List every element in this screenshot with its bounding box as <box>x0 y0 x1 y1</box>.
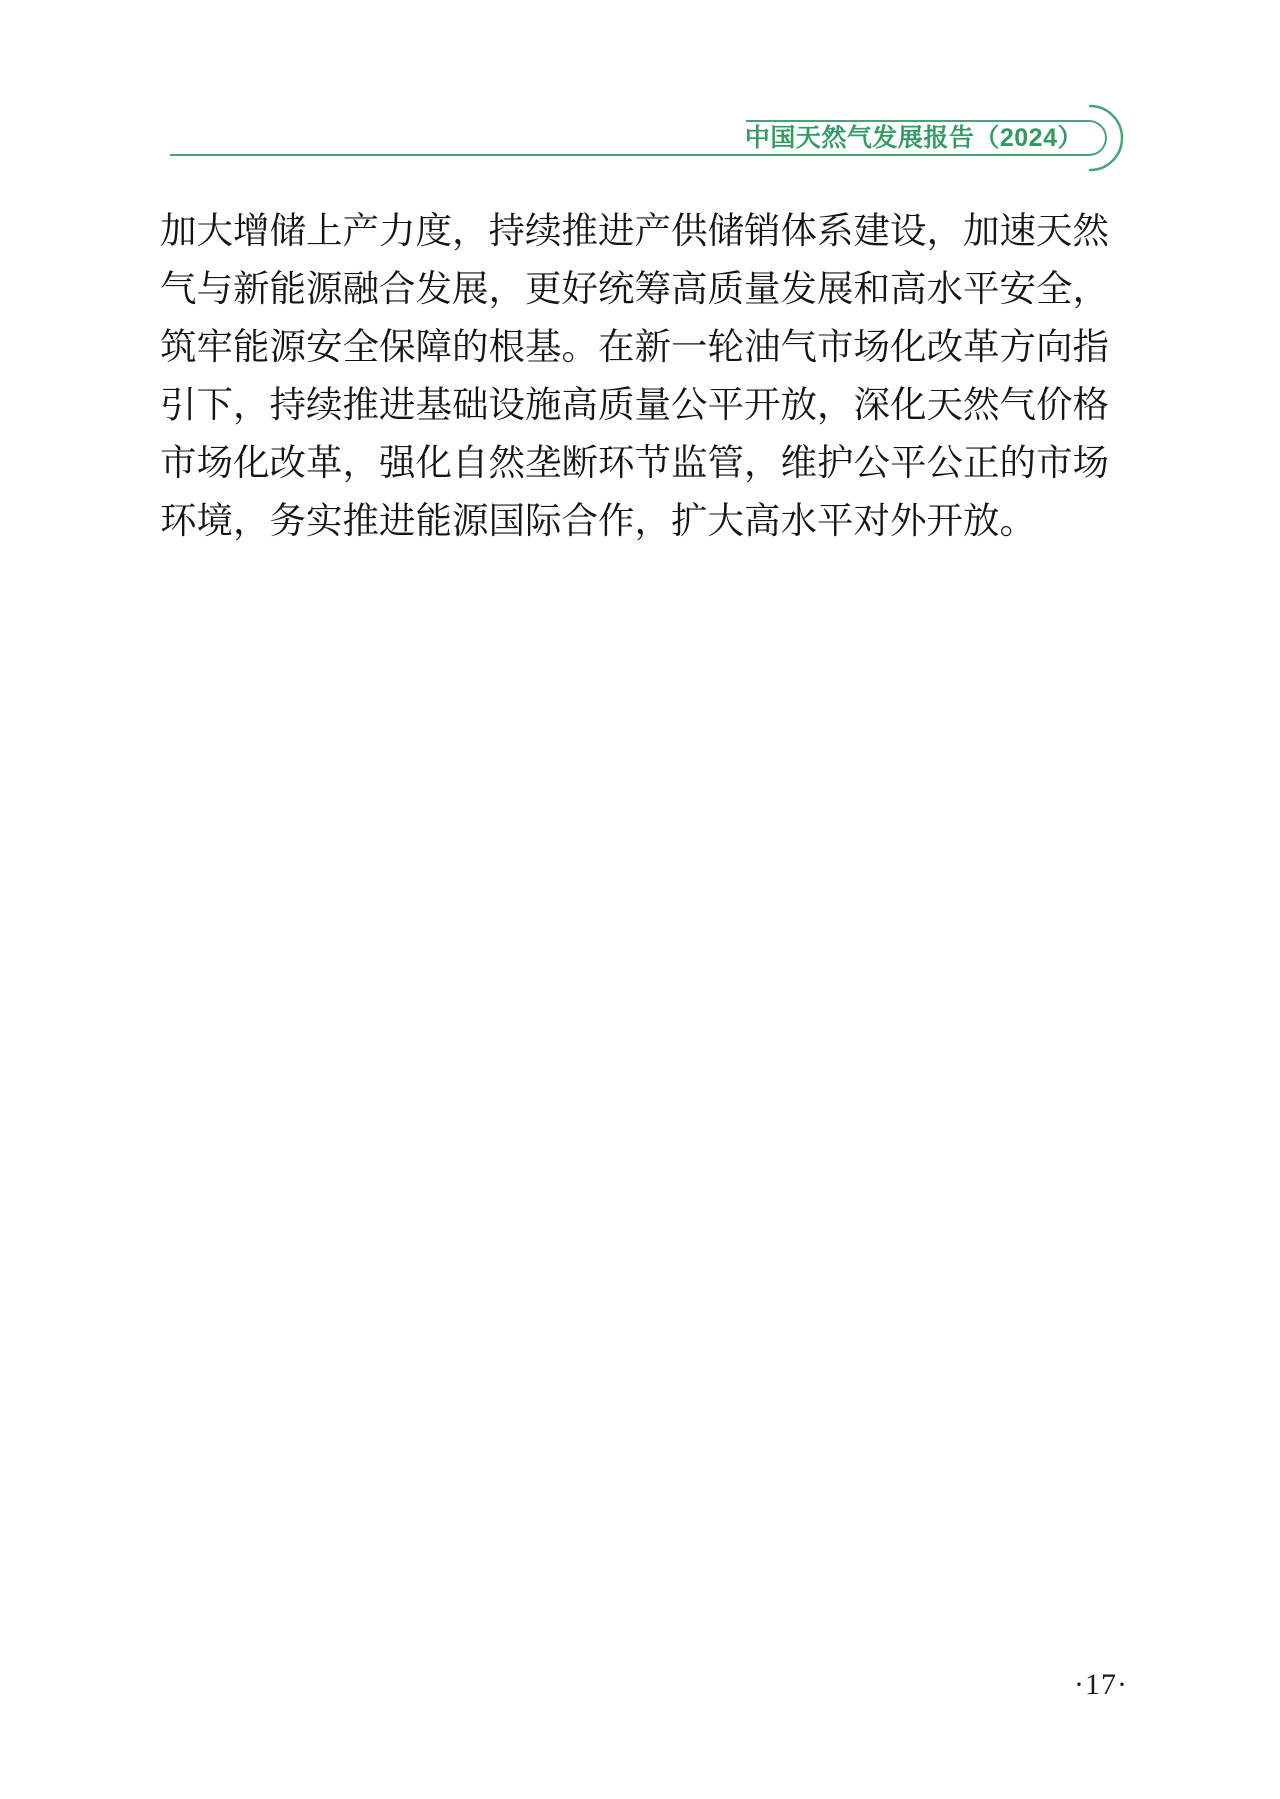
body-line: 引下，持续推进基础设施高质量公平开放，深化天然气价格 <box>160 376 1114 434</box>
document-page: 中国天然气发展报告（2024） 加大增储上产力度，持续推进产供储销体系建设，加速… <box>0 0 1280 1799</box>
header-rule-line <box>170 154 750 156</box>
page-header: 中国天然气发展报告（2024） <box>0 0 1280 180</box>
body-paragraph: 加大增储上产力度，持续推进产供储销体系建设，加速天然 气与新能源融合发展，更好统… <box>160 202 1114 550</box>
body-line: 市场化改革，强化自然垄断环节监管，维护公平公正的市场 <box>160 434 1114 492</box>
body-line: 环境，务实推进能源国际合作，扩大高水平对外开放。 <box>160 492 1114 550</box>
body-line: 气与新能源融合发展，更好统筹高质量发展和高水平安全， <box>160 260 1114 318</box>
body-line: 筑牢能源安全保障的根基。在新一轮油气市场化改革方向指 <box>160 318 1114 376</box>
page-number: ·17· <box>1074 1668 1128 1702</box>
decorative-arc-icon <box>1084 102 1124 174</box>
title-border-box: 中国天然气发展报告（2024） <box>746 120 1107 156</box>
body-line: 加大增储上产力度，持续推进产供储销体系建设，加速天然 <box>160 202 1114 260</box>
report-title: 中国天然气发展报告（2024） <box>745 126 1083 151</box>
